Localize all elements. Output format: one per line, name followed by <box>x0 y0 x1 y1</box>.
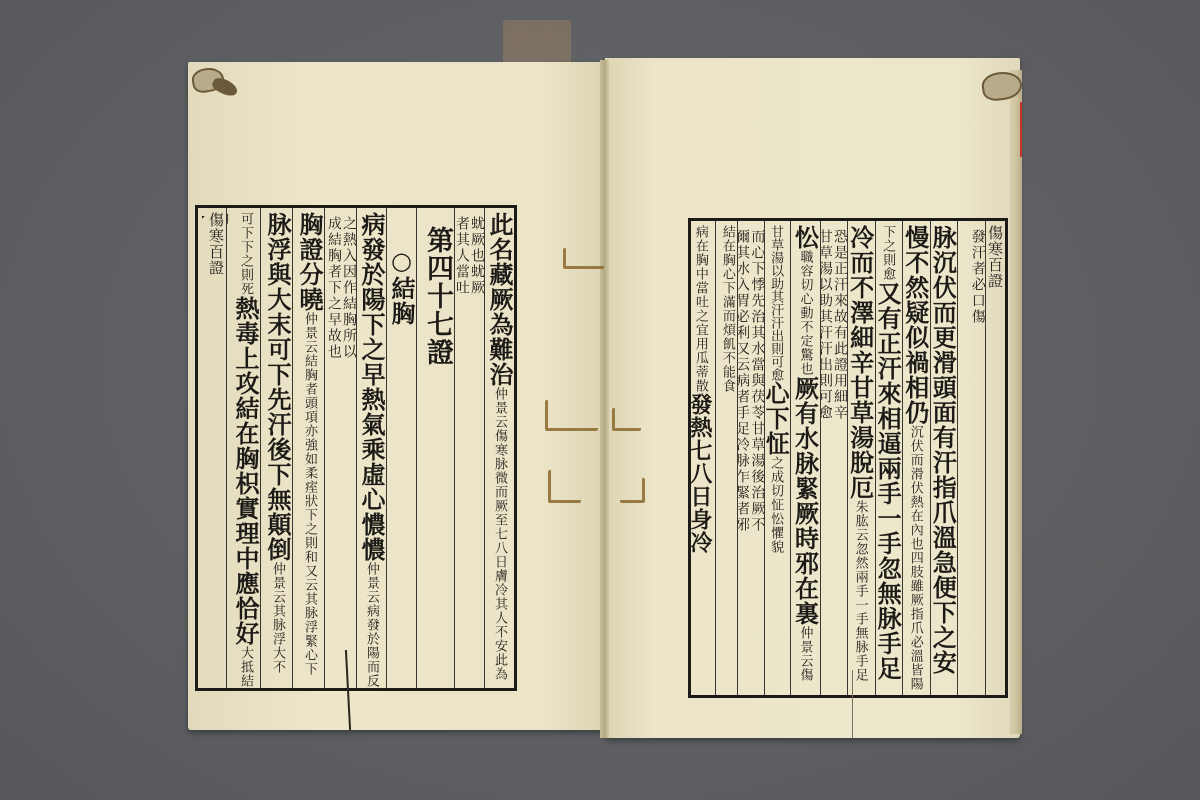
red-bookmark-line <box>1020 102 1022 157</box>
page-margin-column: 傷寒百證 卷之三 五 <box>202 208 226 688</box>
annotation-text: 仲景云其脉浮大不 <box>270 562 285 674</box>
text-column: 可下下之則死熱毒上攻結在胸枳實理中應恰好大抵結胸 <box>226 208 260 688</box>
text-column: 胸證分曉仲景云結胸者頭項亦強如柔痓狀下之則和又云其脉浮緊心下痛按之如 <box>292 208 324 688</box>
text-column: 甘草湯以助其汗汗出則可愈心下怔之成切怔忪懼貌 <box>764 221 790 695</box>
text-column: 忪職容切心動不定驚也厥有水脉緊厥時邪在裏仲景云傷寒厥 <box>790 221 819 695</box>
text-column: 下之則愈又有正汗來相逼兩手一手忽無脉手足厥 <box>875 221 903 695</box>
main-text: 冷而不澤細辛甘草湯脫厄 <box>847 225 875 500</box>
wormhole-stain <box>612 408 641 431</box>
paper-crack <box>852 670 853 738</box>
book-title-margin: 傷寒百證 <box>207 212 225 276</box>
main-text: 胸證分曉 <box>295 212 324 312</box>
main-text: 又有正汗來相逼兩手一手忽無脉手足厥 <box>875 225 903 681</box>
main-text: 此名藏厥為難治 <box>485 212 514 387</box>
main-text: 厥有水脉緊厥時邪在裏 <box>791 376 820 626</box>
annotation-text: 恐是正汗來故有此證用細辛 <box>832 225 847 695</box>
annotation-text: 而心下悸先治其水當與茯苓甘草湯後治厥不 <box>749 225 764 695</box>
book-title-margin: 傷寒百證 <box>986 225 1004 289</box>
main-text: 脉浮與大末可下先汗後下無顛倒 <box>263 212 292 562</box>
main-text: 忪 <box>791 225 820 250</box>
text-column: 冷而不澤細辛甘草湯脫厄朱肱云忽然兩手一手無脉手足厥冷者 <box>847 221 875 695</box>
annotation-text: 之熱入因作結胸所以 <box>341 212 356 402</box>
annotation-text: 蚘厥也蚘厥 <box>469 212 484 688</box>
text-column: 之熱入因作結胸所以成結胸者下之早故也 按之石鞭頭項強此是結 <box>324 208 356 688</box>
chapter-heading: 第四十七證 <box>422 226 453 366</box>
text-column: 脉沉伏而更滑頭面有汗指爪溫急便下之安可 <box>930 221 958 695</box>
annotation-text: 者其人當吐 <box>454 212 469 688</box>
main-text: 脉沉伏而更滑頭面有汗指爪溫急便下之安可 <box>930 225 958 675</box>
annotation-text: 成結胸者下之早故也 <box>326 212 341 402</box>
section-title: ○結胸 <box>387 246 416 326</box>
text-column: 此名藏厥為難治仲景云傷寒脉微而厥至七八日膚冷其人不安此為藏厥非 <box>484 208 514 688</box>
text-column: 脉浮與大末可下先汗後下無顛倒仲景云其脉浮大不 <box>260 208 292 688</box>
annotation-text: 病在胸中當吐之宜用瓜蒂散 <box>693 225 708 393</box>
center-fold-gutter <box>600 60 609 738</box>
text-column: 恐是正汗來故有此證用細辛甘草湯以助其汗汗出則可愈 <box>820 221 848 695</box>
left-text-block: 此名藏厥為難治仲景云傷寒脉微而厥至七八日膚冷其人不安此為藏厥非 蚘厥也蚘厥者其人… <box>195 205 517 691</box>
annotation-text: 可下下之則死 <box>238 212 253 296</box>
main-text: 病發於陽下之早熱氣乘虛心憹憹 <box>357 212 386 562</box>
wormhole-stain <box>620 478 645 503</box>
annotation-text: 發汗者必口傷爛赤 <box>970 225 985 325</box>
main-text: 慢不然疑似禍相仍 <box>902 225 930 425</box>
text-column: 病在胸中當吐之宜用瓜蒂散發熱七八日身冷 <box>691 221 715 695</box>
text-column: 結在胸心下滿而煩飢不能食 <box>715 221 737 695</box>
wormhole-stain <box>563 248 604 269</box>
main-text: 心下怔 <box>764 381 790 456</box>
annotation-text: 甘草湯以助其汗汗出則可愈 <box>820 225 833 695</box>
main-text: 發熱七八日身冷 <box>691 393 713 554</box>
section-title-column: ○結胸 <box>386 208 416 688</box>
text-column: 病發於陽下之早熱氣乘虛心憹憹仲景云病發於陽而反下 <box>356 208 386 688</box>
annotation-text: 結在胸心下滿而煩飢不能食 <box>720 225 735 393</box>
page-stack-edge <box>1010 70 1022 734</box>
main-text: 熱毒上攻結在胸枳實理中應恰好 <box>231 296 260 646</box>
annotation-text: 爾其水入胃必利又云病者手足冷脉乍緊者邪 <box>737 225 750 695</box>
annotation-text: 下之則愈 <box>880 225 895 281</box>
annotation-text: 甘草湯以助其汗汗出則可愈 <box>768 225 783 381</box>
annotation-text: 職容切心動不定驚也 <box>798 250 813 376</box>
text-column: 而心下悸先治其水當與茯苓甘草湯後治厥不爾其水入胃必利又云病者手足冷脉乍緊者邪 <box>737 221 765 695</box>
main-text: 按之石鞭頭項強此是結 <box>324 212 326 462</box>
text-column: 蚘厥也蚘厥者其人當吐 <box>454 208 484 688</box>
chapter-heading-column: 第四十七證 <box>416 208 454 688</box>
annotation-text: 之成切怔忪懼貌 <box>768 456 783 554</box>
text-column: 慢不然疑似禍相仍沉伏而滑伏熱在內也四肢雖厥指爪必溫皆陽實也急 <box>902 221 930 695</box>
wormhole-stain <box>548 470 581 503</box>
right-text-block: 傷寒百證 卷之三 四 發汗者必口傷爛赤 血氣不通手足冷醫人不識却疑陰其 脉沉伏而… <box>688 218 1008 698</box>
wormhole-stain <box>545 400 598 431</box>
page-margin-column: 傷寒百證 卷之三 四 <box>985 221 1005 695</box>
text-column: 發汗者必口傷爛赤 血氣不通手足冷醫人不識却疑陰其 <box>957 221 985 695</box>
